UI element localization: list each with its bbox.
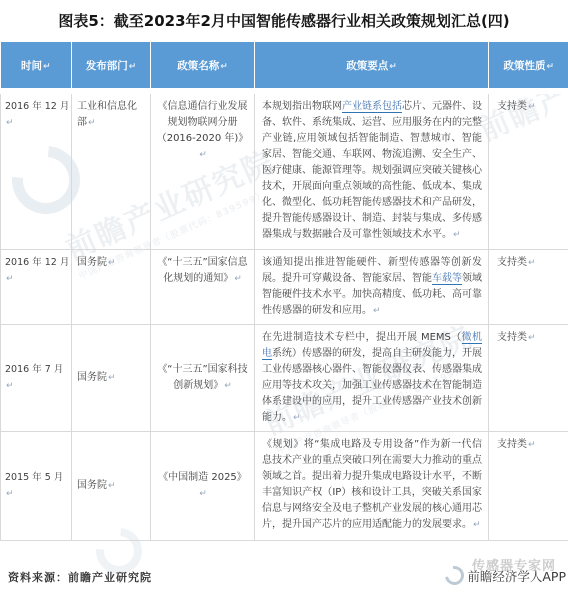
- cell-department: 国务院↵: [72, 431, 151, 540]
- page-title: 图表5：截至2023年2月中国智能传感器行业相关政策规划汇总(四): [0, 0, 568, 36]
- paragraph-mark-icon: ↵: [107, 373, 116, 383]
- paragraph-mark-icon: ↵: [5, 381, 14, 391]
- cell-policy-nature: 支持类↵: [489, 431, 568, 540]
- table-row: 2016 年 7 月↵ 国务院↵ 《“十三五”国家科技创新规划》↵ 在先进制造技…: [1, 324, 568, 431]
- table-row: 2016 年 12 月↵ 国务院↵ 《“十三五”国家信息化规划的通知》↵ 该通知…: [1, 249, 568, 324]
- app-brand: 前瞻经济学人APP: [445, 566, 566, 585]
- paragraph-mark-icon: ↵: [219, 62, 228, 72]
- app-brand-label: 前瞻经济学人APP: [467, 567, 566, 585]
- paragraph-mark-icon: ↵: [545, 62, 554, 72]
- page: { "title": "图表5：截至2023年2月中国智能传感器行业相关政策规划…: [0, 0, 568, 600]
- cell-time: 2015 年 5 月↵: [1, 431, 72, 540]
- table-row: 2015 年 5 月↵ 国务院↵ 《中国制造 2025》↵ 《规划》将“集成电路…: [1, 431, 568, 540]
- paragraph-mark-icon: ↵: [5, 489, 14, 499]
- cell-policy-points: 本规划指出物联网产业链系包括芯片、元器件、设备、软件、系统集成、运营、应用服务在…: [255, 91, 489, 249]
- inline-link[interactable]: 产业链系包括: [342, 101, 402, 113]
- cell-time: 2016 年 12 月↵: [1, 249, 72, 324]
- cell-policy-nature: 支持类↵: [489, 324, 568, 431]
- paragraph-mark-icon: ↵: [128, 62, 137, 72]
- cell-policy-name: 《中国制造 2025》↵: [151, 431, 255, 540]
- paragraph-mark-icon: ↵: [107, 258, 116, 268]
- inline-link[interactable]: 车载等: [432, 273, 462, 285]
- table-row: 2016 年 12 月↵ 工业和信息化部↵ 《信息通信行业发展规划物联网分册（2…: [1, 91, 568, 249]
- cell-policy-points: 《规划》将“集成电路及专用设备”作为新一代信息技术产业的重点突破口列在需要大力推…: [255, 431, 489, 540]
- paragraph-mark-icon: ↵: [527, 258, 536, 268]
- cell-policy-points: 该通知提出推进智能硬件、新型传感器等创新发展。提升可穿戴设备、智能家居、智能车载…: [255, 249, 489, 324]
- source-note: 资料来源：前瞻产业研究院: [8, 569, 152, 585]
- paragraph-mark-icon: ↵: [527, 333, 536, 343]
- column-header-time: 时间↵: [1, 42, 72, 91]
- paragraph-mark-icon: ↵: [223, 381, 232, 391]
- paragraph-mark-icon: ↵: [233, 274, 242, 284]
- cell-policy-points: 在先进制造技术专栏中，提出开展 MEMS（微机电系统）传感器的研发，提高自主研发…: [255, 324, 489, 431]
- paragraph-mark-icon: ↵: [292, 413, 301, 423]
- paragraph-mark-icon: ↵: [5, 274, 14, 284]
- policy-table: 时间↵ 发布部门↵ 政策名称↵ 政策要点↵ 政策性质↵ 2016 年 12 月↵…: [0, 42, 568, 541]
- column-header-policy-nature: 政策性质↵: [489, 42, 568, 91]
- cell-policy-name: 《“十三五”国家信息化规划的通知》↵: [151, 249, 255, 324]
- cell-department: 工业和信息化部↵: [72, 91, 151, 249]
- cell-department: 国务院↵: [72, 249, 151, 324]
- paragraph-mark-icon: ↵: [42, 62, 51, 72]
- paragraph-mark-icon: ↵: [198, 489, 207, 499]
- cell-time: 2016 年 12 月↵: [1, 91, 72, 249]
- paragraph-mark-icon: ↵: [372, 306, 381, 316]
- cell-policy-nature: 支持类↵: [489, 91, 568, 249]
- column-header-department: 发布部门↵: [72, 42, 151, 91]
- paragraph-mark-icon: ↵: [527, 102, 536, 112]
- paragraph-mark-icon: ↵: [107, 481, 116, 491]
- qianzhan-logo-icon: [442, 562, 468, 588]
- paragraph-mark-icon: ↵: [452, 230, 461, 240]
- cell-time: 2016 年 7 月↵: [1, 324, 72, 431]
- cell-policy-name: 《信息通信行业发展规划物联网分册（2016-2020 年)》↵: [151, 91, 255, 249]
- header-row: 时间↵ 发布部门↵ 政策名称↵ 政策要点↵ 政策性质↵: [1, 42, 568, 91]
- column-header-policy-points: 政策要点↵: [255, 42, 489, 91]
- cell-policy-nature: 支持类↵: [489, 249, 568, 324]
- cell-department: 国务院↵: [72, 324, 151, 431]
- paragraph-mark-icon: ↵: [388, 62, 397, 72]
- paragraph-mark-icon: ↵: [527, 440, 536, 450]
- column-header-policy-name: 政策名称↵: [151, 42, 255, 91]
- paragraph-mark-icon: ↵: [472, 520, 481, 530]
- paragraph-mark-icon: ↵: [5, 118, 14, 128]
- cell-policy-name: 《“十三五”国家科技创新规划》↵: [151, 324, 255, 431]
- paragraph-mark-icon: ↵: [198, 150, 207, 160]
- paragraph-mark-icon: ↵: [87, 118, 96, 128]
